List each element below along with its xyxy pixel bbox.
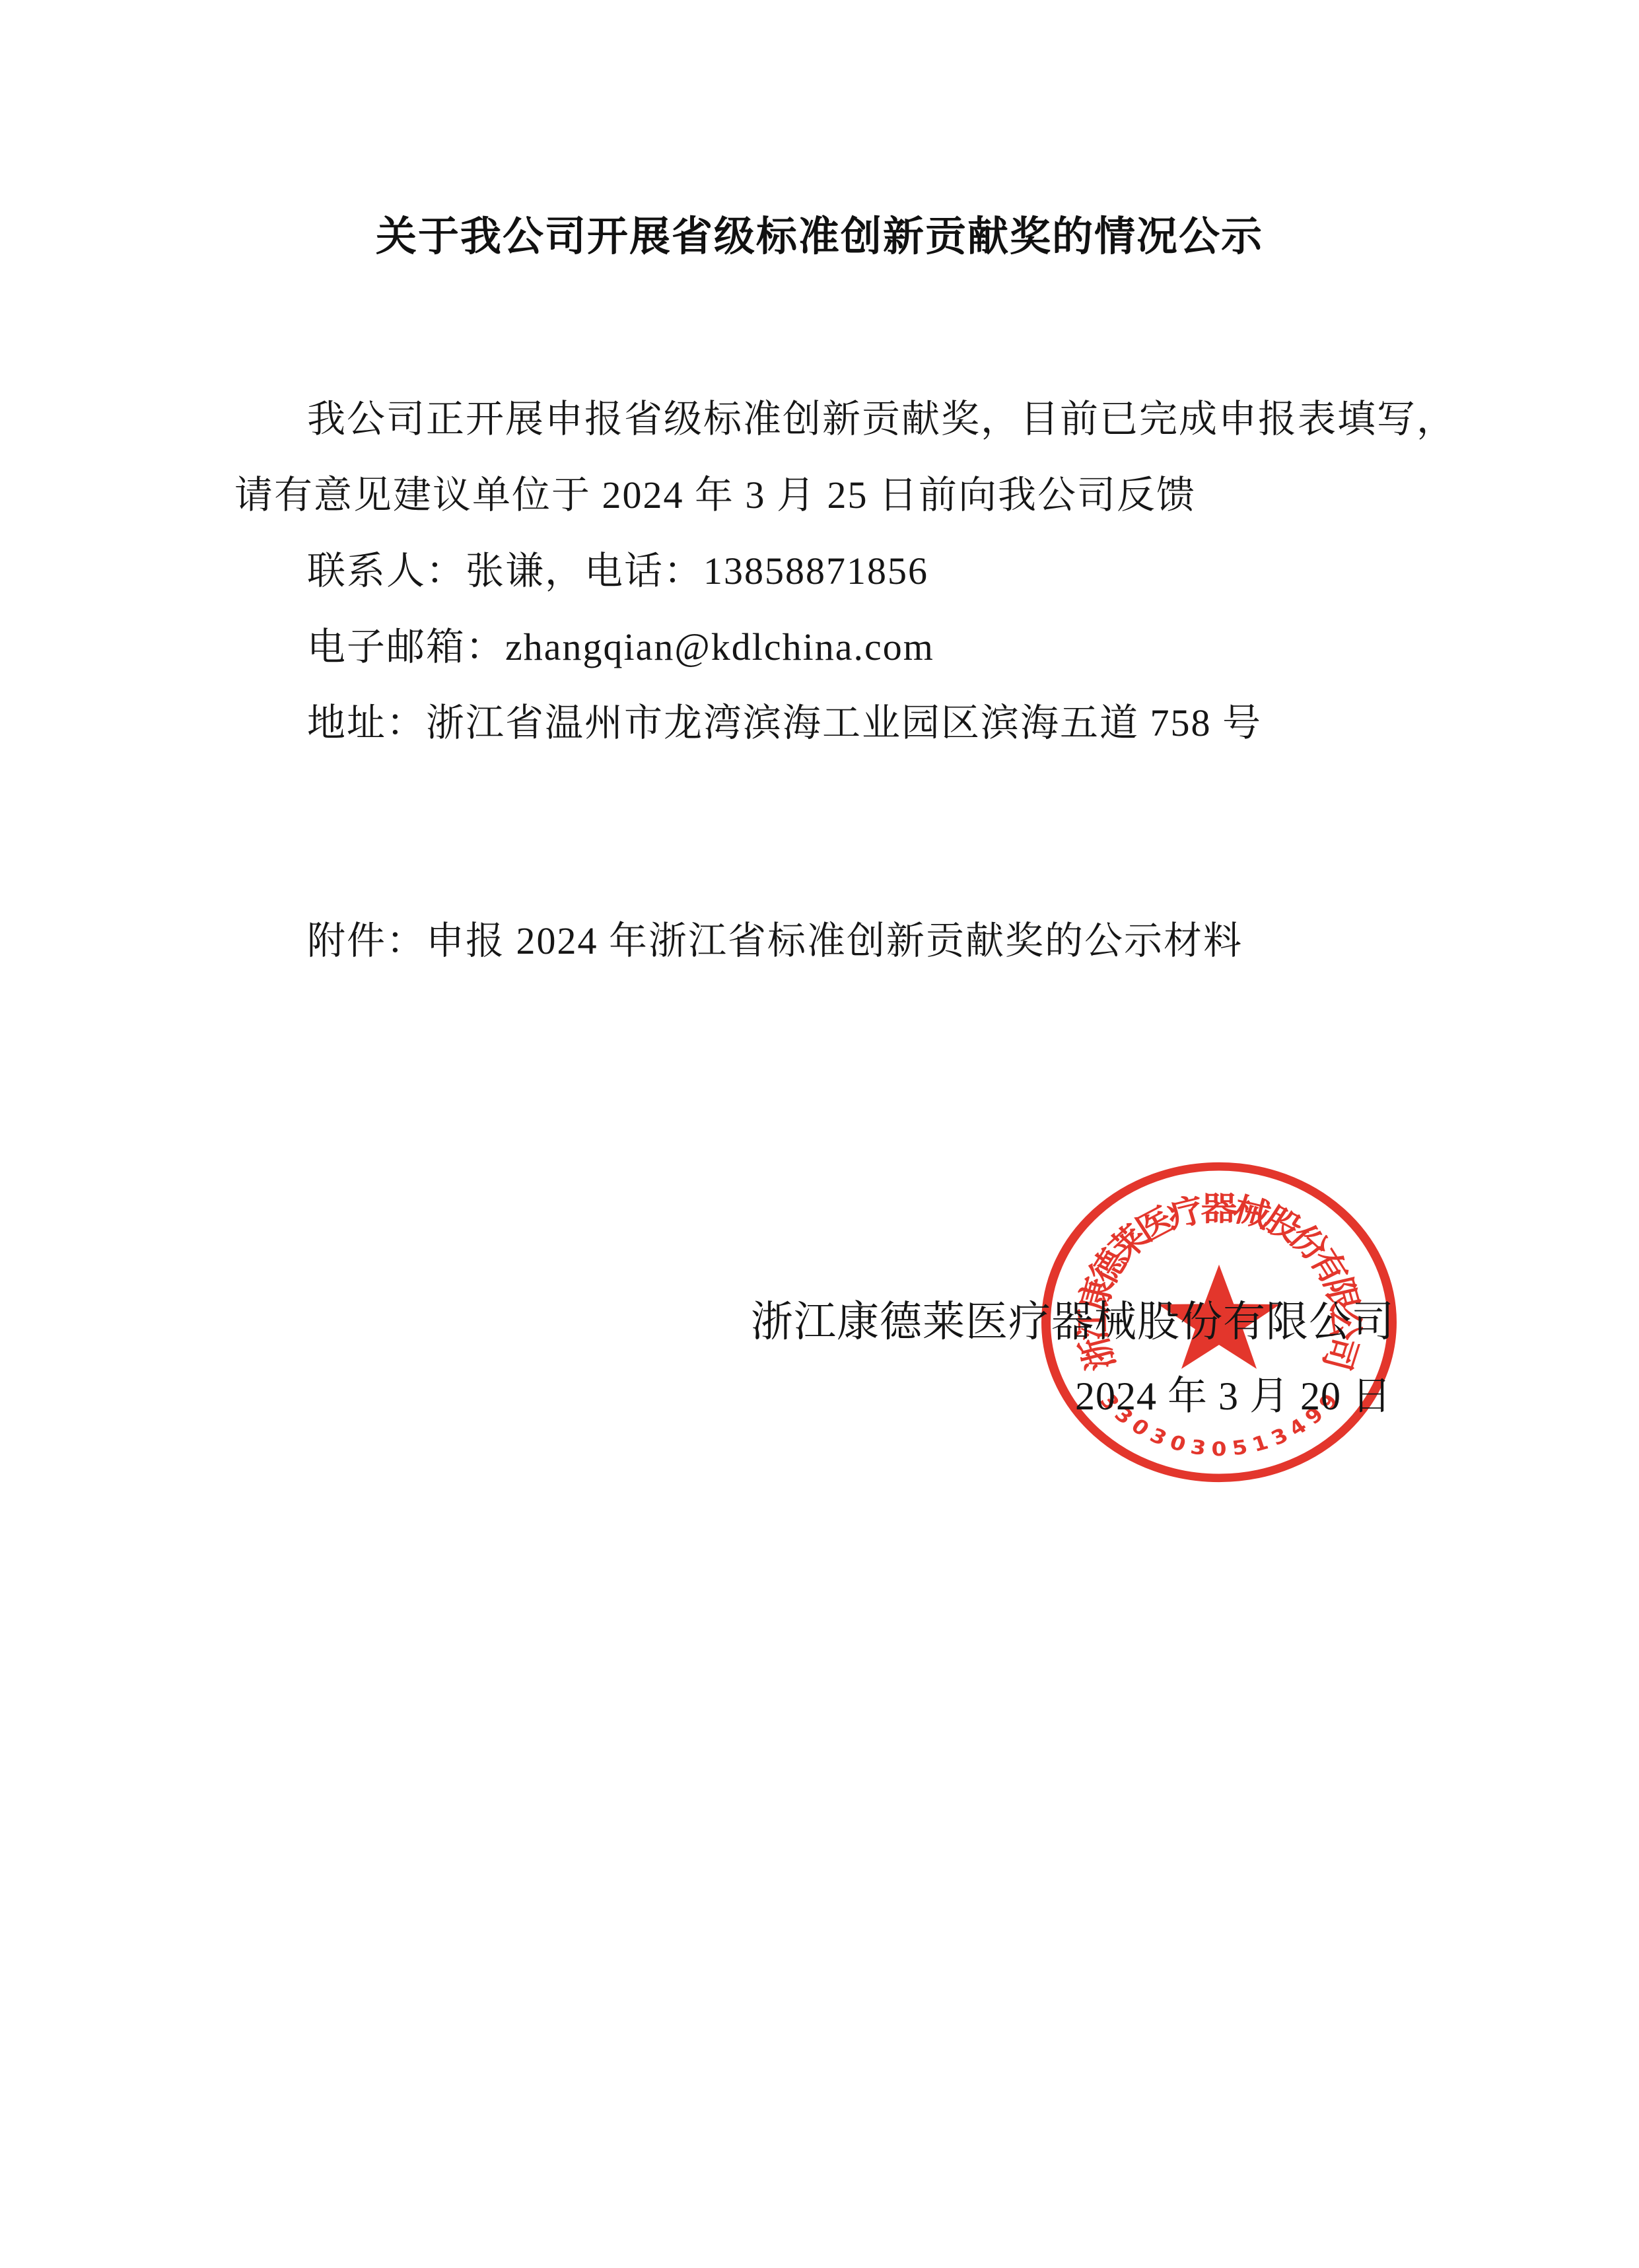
- seal-serial-digit: 1: [1249, 1431, 1271, 1457]
- seal-serial-digit: 5: [1230, 1436, 1249, 1460]
- seal-serial-digit: 3: [1146, 1424, 1170, 1450]
- document-scan-page: 关于我公司开展省级标准创新贡献奖的情况公示 我公司正开展申报省级标准创新贡献奖，…: [0, 0, 1639, 2268]
- attachment-line: 附件：申报 2024 年浙江省标准创新贡献奖的公示材料: [307, 916, 1243, 966]
- signature-date: 2024 年 3 月 20 日: [1075, 1364, 1392, 1421]
- seal-serial-digit: 3: [1189, 1436, 1207, 1460]
- body-line-1: 我公司正开展申报省级标准创新贡献奖，目前已完成申报表填写，: [307, 394, 1456, 444]
- body-line-2: 请有意见建议单位于 2024 年 3 月 25 日前向我公司反馈: [234, 470, 1196, 520]
- page-title: 关于我公司开展省级标准创新贡献奖的情况公示: [0, 203, 1639, 262]
- seal-serial-digit: 0: [1212, 1438, 1227, 1461]
- seal-serial-digit: 0: [1167, 1431, 1189, 1457]
- contact-line: 联系人：张谦，电话：13858871856: [307, 546, 928, 596]
- address-line: 地址：浙江省温州市龙湾滨海工业园区滨海五道 758 号: [307, 698, 1262, 748]
- email-line: 电子邮箱：zhangqian@kdlchina.com: [307, 622, 934, 672]
- signature-company-name: 浙江康德莱医疗器械股份有限公司: [751, 1288, 1395, 1349]
